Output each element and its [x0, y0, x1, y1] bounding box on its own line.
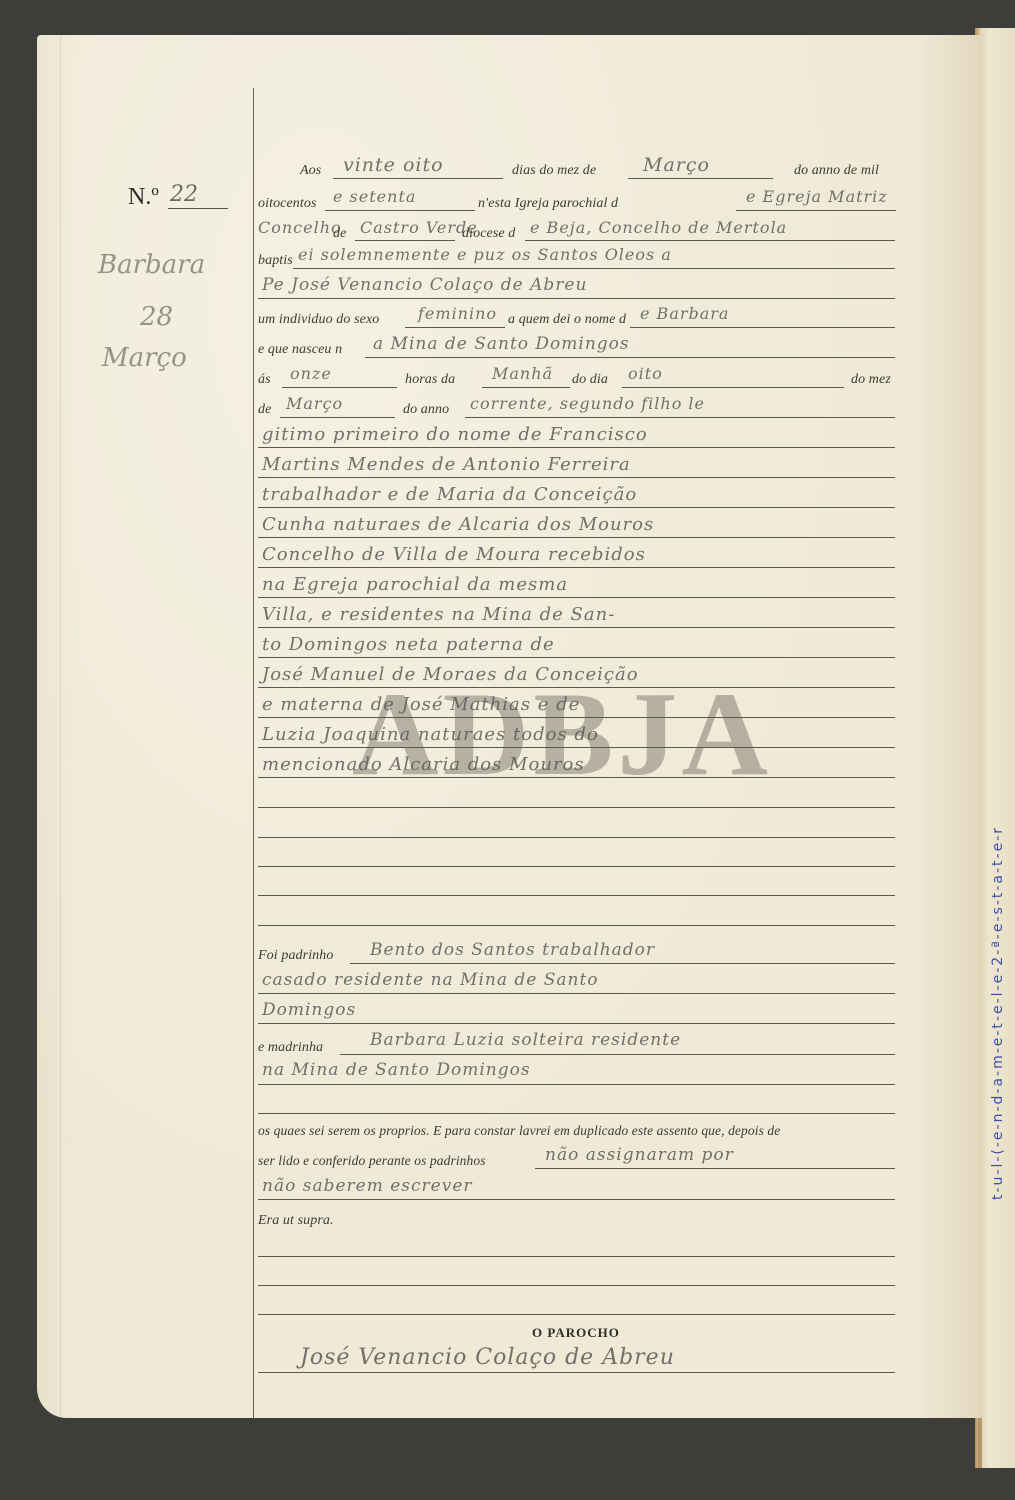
handwritten-text: gitimo primeiro do nome de Francisco: [262, 424, 648, 445]
handwritten-text: feminino: [418, 304, 497, 323]
godmother-label: e madrinha: [258, 1040, 323, 1056]
faint-stamp-text: [148, 170, 151, 181]
blank-ruled-line: [258, 1314, 895, 1315]
fill-line: [258, 447, 895, 448]
fill-line: [535, 1168, 895, 1169]
godmother-text: na Mina de Santo Domingos: [262, 1060, 531, 1080]
fill-line: [258, 1199, 895, 1200]
side-blue-annotation: t-u-l-(-e-n-d-a-m-e-t-e-l-e-2-ª-e-s-t-a-…: [990, 440, 1010, 1200]
handwritten-text: Luzia Joaquina naturaes todos do: [262, 724, 599, 745]
fill-line: [258, 507, 895, 508]
handwritten-text: vinte oito: [343, 154, 444, 176]
blank-ruled-line: [258, 1256, 895, 1257]
handwritten-text: to Domingos neta paterna de: [262, 634, 555, 655]
margin-vertical-rule: [253, 88, 254, 1418]
handwritten-text: e setenta: [333, 187, 416, 206]
handwritten-text: e Beja, Concelho de Mertola: [530, 218, 787, 237]
printed-text: ás: [258, 372, 271, 388]
fill-line: [622, 387, 844, 388]
signature-line: [258, 1372, 895, 1373]
fill-line: [258, 747, 895, 748]
fill-line: [258, 717, 895, 718]
printed-text: baptis: [258, 253, 293, 269]
printed-text: e que nasceu n: [258, 342, 342, 358]
handwritten-text: Manhã: [492, 364, 553, 383]
margin-note-month: Março: [102, 343, 187, 373]
printed-text: de: [333, 226, 346, 242]
printed-text: de: [258, 402, 271, 418]
blank-ruled-line: [258, 925, 895, 926]
fill-line: [258, 1084, 895, 1085]
margin-note-name: Barbara: [98, 250, 205, 280]
godmother-name: Barbara Luzia solteira residente: [370, 1030, 681, 1050]
fill-line: [282, 387, 397, 388]
fill-line: [258, 298, 895, 299]
printed-text: diocese d: [462, 226, 515, 242]
blank-ruled-line: [258, 1113, 895, 1114]
printed-text: horas da: [405, 372, 455, 388]
fill-line: [258, 477, 895, 478]
handwritten-text: a Mina de Santo Domingos: [373, 334, 630, 354]
fill-line: [325, 210, 475, 211]
fill-line: [258, 597, 895, 598]
handwritten-text: não assignaram por: [545, 1145, 734, 1165]
parocho-signature: José Venancio Colaço de Abreu: [300, 1345, 675, 1370]
fill-line: [355, 240, 455, 241]
fill-line: [258, 1023, 895, 1024]
fill-line: [293, 268, 895, 269]
fill-line: [525, 240, 895, 241]
blank-ruled-line: [258, 866, 895, 867]
record-number-value: 22: [170, 182, 198, 207]
handwritten-text: ei solemnemente e puz os Santos Oleos a: [298, 245, 672, 264]
blank-ruled-line: [258, 837, 895, 838]
fill-line: [405, 327, 505, 328]
handwritten-text: oito: [628, 364, 663, 383]
handwritten-text: Março: [286, 394, 343, 413]
handwritten-text: trabalhador e de Maria da Conceição: [262, 484, 637, 505]
printed-text: do mez: [851, 372, 891, 388]
record-number-underline: [168, 208, 228, 209]
printed-text: n'esta Igreja parochial d: [478, 196, 618, 212]
fill-line: [258, 993, 895, 994]
record-number-label: N.º: [128, 184, 159, 211]
handwritten-text: corrente, segundo filho le: [470, 394, 705, 413]
blank-ruled-line: [258, 807, 895, 808]
printed-text: oitocentos: [258, 196, 317, 212]
fill-line: [365, 357, 895, 358]
printed-text: um individuo do sexo: [258, 312, 379, 328]
fill-line: [258, 537, 895, 538]
handwritten-text: Martins Mendes de Antonio Ferreira: [262, 454, 631, 475]
fill-line: [736, 210, 896, 211]
parocho-title: O PAROCHO: [532, 1325, 620, 1341]
fill-line: [258, 687, 895, 688]
handwritten-text: Villa, e residentes na Mina de San-: [262, 604, 615, 625]
handwritten-text: Pe José Venancio Colaço de Abreu: [262, 275, 587, 295]
printed-text: a quem dei o nome d: [508, 312, 626, 328]
fill-line: [280, 417, 395, 418]
margin-note-day: 28: [140, 302, 173, 332]
handwritten-text: mencionado Alcaria dos Mouros: [262, 754, 585, 775]
faint-margin-rule: [60, 35, 61, 1415]
handwritten-text: não saberem escrever: [262, 1176, 473, 1196]
handwritten-text: e Egreja Matriz: [746, 187, 888, 206]
fill-line: [465, 417, 895, 418]
fill-line: [258, 567, 895, 568]
handwritten-text: Março: [643, 154, 710, 176]
godfather-label: Foi padrinho: [258, 948, 333, 964]
handwritten-text: e Barbara: [640, 304, 729, 323]
fill-line: [630, 327, 895, 328]
fill-line: [258, 657, 895, 658]
fill-line: [258, 627, 895, 628]
handwritten-text: na Egreja parochial da mesma: [262, 574, 568, 595]
handwritten-text: Castro Verde: [360, 218, 478, 237]
printed-text: dias do mez de: [512, 163, 596, 179]
blank-ruled-line: [258, 1285, 895, 1286]
godfather-text: Domingos: [262, 1000, 356, 1020]
fill-line: [258, 777, 895, 778]
fill-line: [333, 178, 503, 179]
closing-text: os quaes sei serem os proprios. E para c…: [258, 1123, 780, 1139]
handwritten-text: Cunha naturaes de Alcaria dos Mouros: [262, 514, 654, 535]
handwritten-text: Concelho de Villa de Moura recebidos: [262, 544, 646, 565]
fill-line: [628, 178, 773, 179]
closing-text: ser lido e conferido perante os padrinho…: [258, 1153, 486, 1169]
printed-text: Aos: [300, 163, 321, 179]
godfather-name: Bento dos Santos trabalhador: [370, 940, 655, 960]
handwritten-text: e materna de José Mathias e de: [262, 694, 580, 715]
printed-text: do anno de mil: [794, 163, 879, 179]
fill-line: [350, 963, 895, 964]
era-ut-supra: Era ut supra.: [258, 1213, 334, 1229]
handwritten-text: Concelho: [258, 218, 342, 237]
godfather-text: casado residente na Mina de Santo: [262, 970, 599, 990]
handwritten-text: José Manuel de Moraes da Conceição: [262, 664, 639, 685]
fill-line: [482, 387, 570, 388]
printed-text: do anno: [403, 402, 449, 418]
printed-text: do dia: [572, 372, 608, 388]
fill-line: [340, 1054, 895, 1055]
handwritten-text: onze: [290, 364, 332, 383]
blank-ruled-line: [258, 895, 895, 896]
